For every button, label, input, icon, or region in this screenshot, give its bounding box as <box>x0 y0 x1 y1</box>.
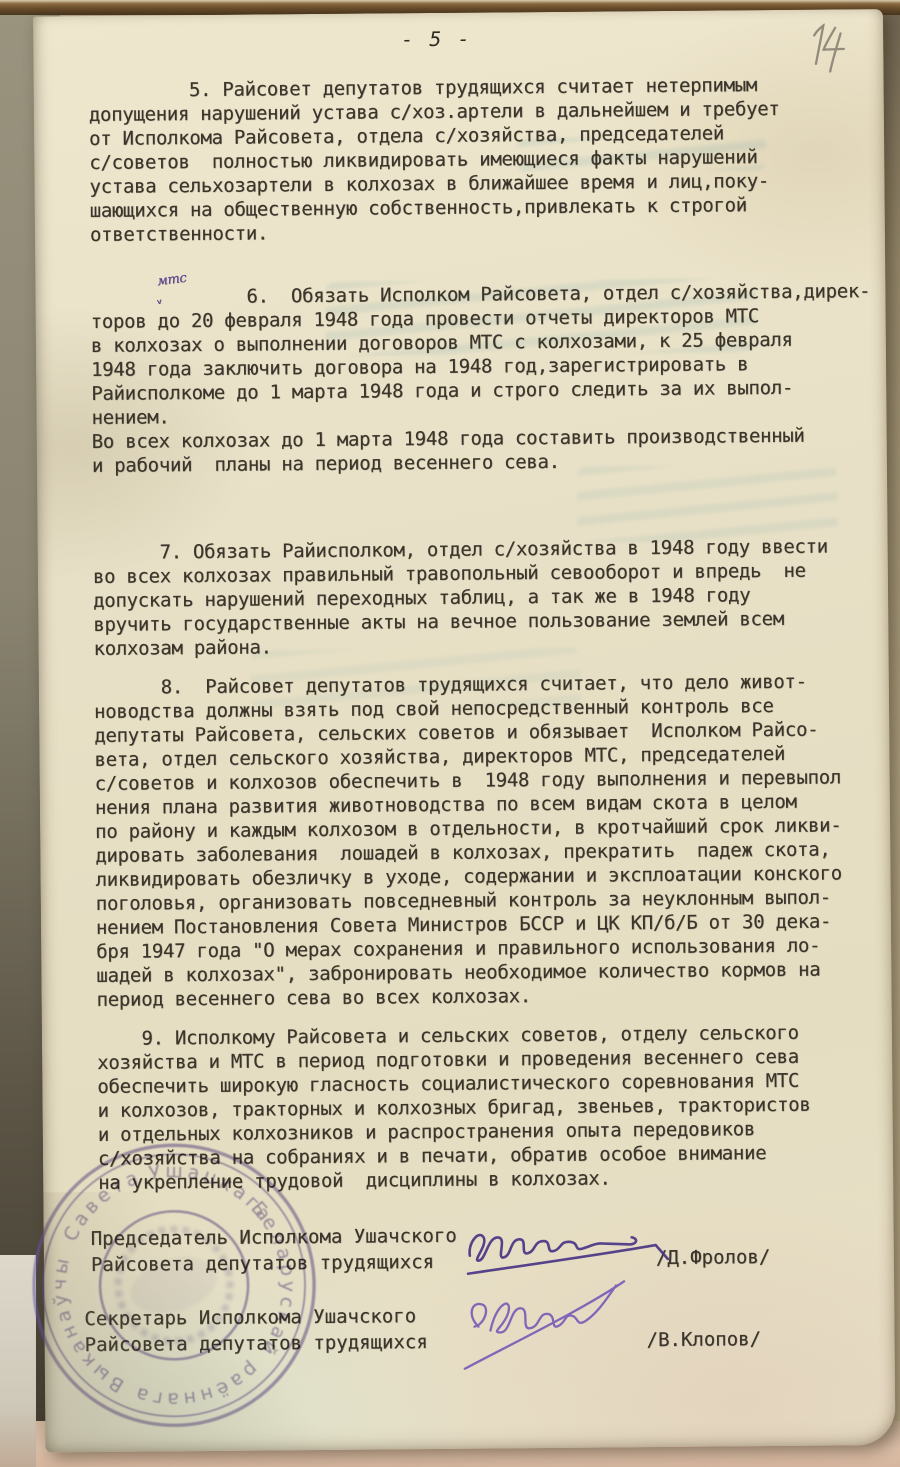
paragraph-5: 5. Райсовет депутатов трудящихся считает… <box>89 72 877 247</box>
typed-body: 5. Райсовет депутатов трудящихся считает… <box>89 72 886 1210</box>
secretary-handwritten-signature <box>456 1263 682 1385</box>
paragraph-6-text: 6. Обязать Исполком Райсовета, отдел с/х… <box>91 280 871 477</box>
paragraph-7: 7. Обязать Райисполком, отдел с/хозяйств… <box>93 534 881 661</box>
handwritten-insert-mts: мтс ∨ <box>125 264 192 331</box>
page-number: - 5 - <box>401 27 471 52</box>
official-stamp: Ушацкага Беларускай раённага Выканаўчы С… <box>21 1132 328 1439</box>
insert-caret-mark: ∨ <box>129 294 190 310</box>
stamp-arc-text: Савета <box>47 1165 156 1249</box>
document-page: - 5 - 5. Райсовет депутатов трудящихся с… <box>33 9 895 1452</box>
paragraph-6: 6. Обязать Исполком Райсовета, отдел с/х… <box>90 255 879 526</box>
stamp-arc-text: Беларускай <box>214 1193 323 1366</box>
stamp-center-smudge <box>125 1248 224 1323</box>
handwritten-insert-text: мтс <box>156 271 187 290</box>
paragraph-8: 8. Райсовет депутатов трудящихся считает… <box>94 669 884 1012</box>
